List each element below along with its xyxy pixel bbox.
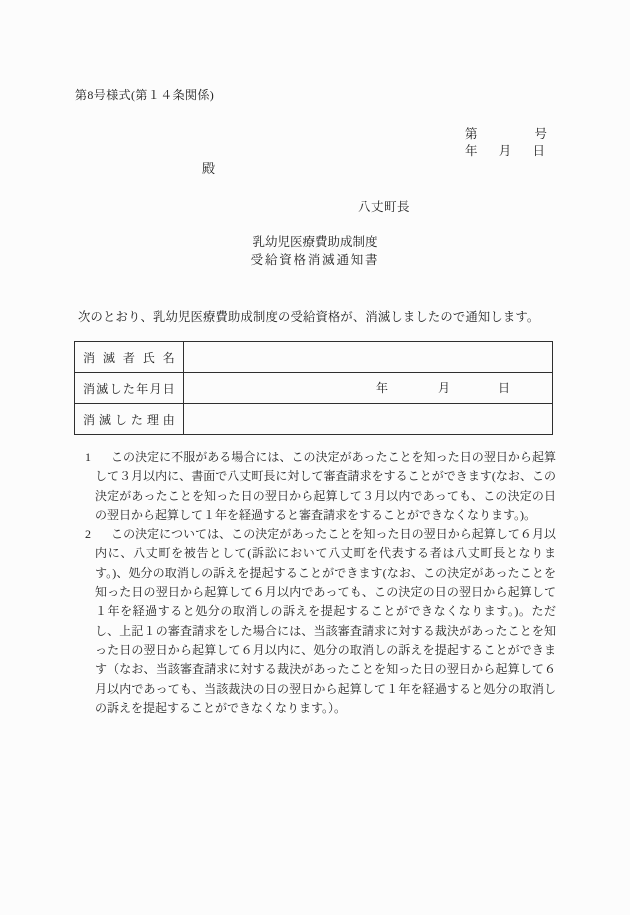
note-number: 2 — [85, 527, 91, 541]
table-row-lapse-reason: 消滅した理由 — [75, 404, 553, 435]
lapse-date-day-label: 日 — [498, 381, 510, 395]
issue-number-line: 第 号 — [465, 124, 547, 142]
notice-table: 消滅者氏名 消滅した年月日 年 月 日 消滅した理由 — [74, 341, 553, 435]
lapse-date-year-label: 年 — [376, 381, 388, 395]
row-label-lapse-date: 消滅した年月日 — [75, 373, 184, 404]
document-title: 乳幼児医療費助成制度 受給資格消滅通知書 — [0, 233, 630, 269]
issue-number-suffix: 号 — [534, 124, 547, 142]
form-number: 第8号様式(第１４条関係) — [75, 86, 214, 103]
notes-section: 1この決定に不服がある場合には、この決定があったことを知った日の翌日から起算して… — [95, 448, 556, 718]
lapse-date-month-label: 月 — [438, 381, 450, 395]
row-value-deceased-name — [184, 342, 553, 373]
issue-date-month-label: 月 — [499, 141, 512, 159]
issue-number-prefix: 第 — [465, 124, 478, 142]
document-page: 第8号様式(第１４条関係) 第 号 年 月 日 殿 八丈町長 乳幼児医療費助成制… — [0, 0, 630, 915]
note-text: この決定については、この決定があったことを知った日の翌日から起算して６月以内に、… — [95, 527, 556, 715]
issue-date-line: 年 月 日 — [465, 141, 545, 159]
issue-date-year-label: 年 — [465, 141, 478, 159]
row-value-lapse-reason — [184, 404, 553, 435]
row-value-lapse-date: 年 月 日 — [184, 373, 553, 404]
addressee-honorific: 殿 — [202, 158, 215, 177]
row-label-deceased-name: 消滅者氏名 — [75, 342, 184, 373]
note-number: 1 — [85, 450, 91, 464]
issue-date-day-label: 日 — [532, 141, 545, 159]
note-item-appeal: 1この決定に不服がある場合には、この決定があったことを知った日の翌日から起算して… — [95, 448, 556, 525]
document-title-line1: 乳幼児医療費助成制度 — [0, 233, 630, 251]
document-title-line2: 受給資格消滅通知書 — [0, 251, 630, 269]
note-item-lawsuit: 2この決定については、この決定があったことを知った日の翌日から起算して６月以内に… — [95, 525, 556, 718]
issuer-name: 八丈町長 — [358, 197, 410, 215]
table-row-deceased-name: 消滅者氏名 — [75, 342, 553, 373]
row-label-lapse-reason: 消滅した理由 — [75, 404, 184, 435]
intro-sentence: 次のとおり、乳幼児医療費助成制度の受給資格が、消滅しましたので通知します。 — [78, 307, 539, 325]
table-row-lapse-date: 消滅した年月日 年 月 日 — [75, 373, 553, 404]
note-text: この決定に不服がある場合には、この決定があったことを知った日の翌日から起算して３… — [95, 450, 556, 522]
